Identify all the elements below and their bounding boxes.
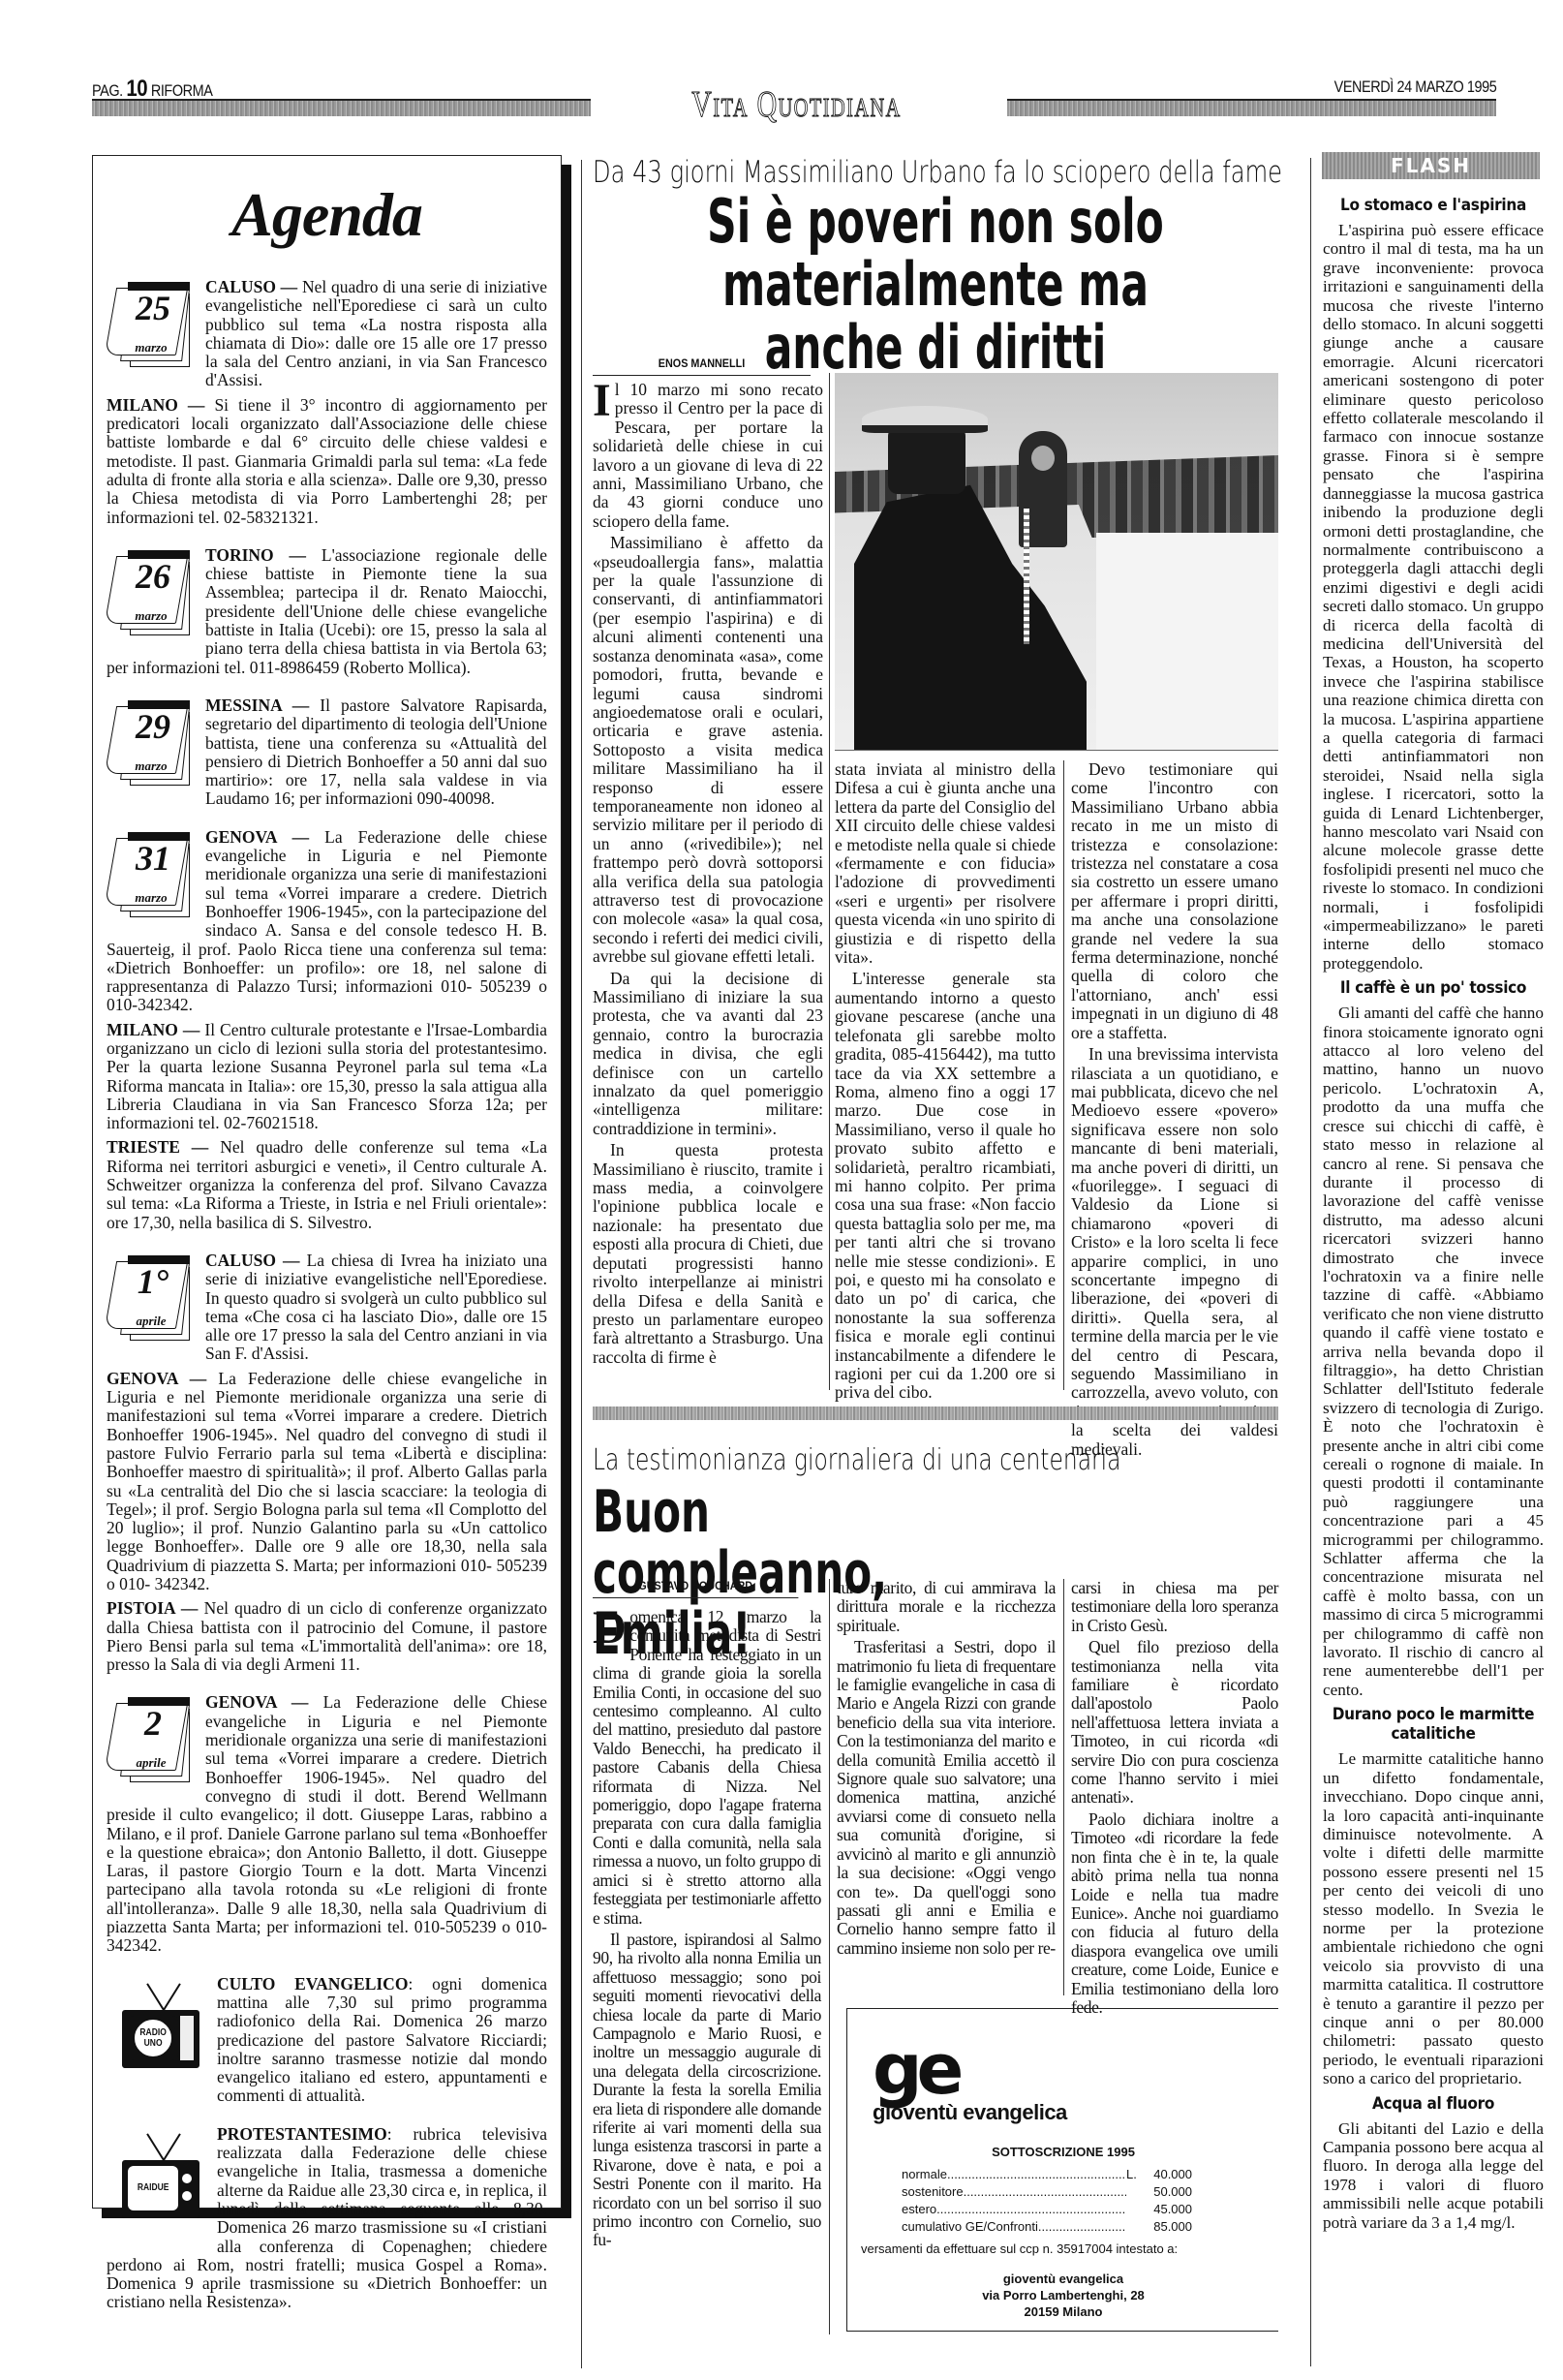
calendar-icon: 25marzo <box>107 282 192 371</box>
column-divider <box>829 373 830 1390</box>
section-title: Vita Quotidiana <box>653 83 939 126</box>
article-headline: Si è poveri non solomaterialmente ma anc… <box>675 190 1196 379</box>
calendar-icon: 1°aprile <box>107 1255 192 1345</box>
television-icon: RAIDUE <box>116 2129 203 2236</box>
entry-city: TRIESTE — <box>107 1137 208 1157</box>
flash-item-title: Durano poco le marmitte catalitiche <box>1323 1705 1544 1744</box>
agenda-entry: PISTOIA — Nel quadro di un ciclo di conf… <box>107 1599 547 1674</box>
entry-city: MILANO — <box>107 1020 199 1039</box>
masthead: PAG. 10 RIFORMA Vita Quotidiana VENERDÌ … <box>92 76 1496 124</box>
agenda-entry: 25marzo CALUSO — Nel quadro di una serie… <box>107 278 547 390</box>
agenda-entry: 2aprile GENOVA — La Federazione delle Ch… <box>107 1693 547 1955</box>
entry-text: Si tiene il 3° incontro di aggiornamento… <box>107 395 547 527</box>
advert-brand: gioventù evangelica <box>873 2100 1067 2125</box>
flash-item: Durano poco le marmitte catalitiche Le m… <box>1323 1705 1544 2087</box>
column-divider <box>581 160 582 2368</box>
price-row: cumulativo GE/Confronti85.000 <box>902 2218 1192 2236</box>
broadcast-entry: RADIOUNO CULTO EVANGELICO: ogni domenica… <box>107 1975 547 2106</box>
entry-city: CALUSO — <box>205 1251 300 1270</box>
article-column-1: Il 10 marzo mi sono recato presso il Cen… <box>593 381 823 1340</box>
column-divider <box>1063 760 1064 1390</box>
entry-city: MILANO — <box>107 395 204 415</box>
entry-text: La Federazione delle chiese evangeliche … <box>107 1369 547 1593</box>
masthead-rule-left <box>92 99 591 116</box>
article-photo <box>835 373 1278 751</box>
entry-city: GENOVA — <box>107 1369 206 1388</box>
subscription-advert: ge gioventù evangelica SOTTOSCRIZIONE 19… <box>846 2008 1278 2332</box>
agenda-box: Agenda 25marzo CALUSO — Nel quadro di un… <box>92 155 562 2209</box>
issue-date: VENERDÌ 24 MARZO 1995 <box>1333 77 1496 97</box>
drop-cap: I <box>593 383 611 419</box>
agenda-entry: GENOVA — La Federazione delle chiese eva… <box>107 1370 547 1594</box>
calendar-icon: 29marzo <box>107 700 192 789</box>
flash-item-title: Il caffè è un po' tossico <box>1323 978 1544 998</box>
flash-item-title: Acqua al fluoro <box>1323 2094 1544 2114</box>
article-column-3: Devo testimoniare qui come l'incontro co… <box>1071 760 1278 1462</box>
agenda-entry: MILANO — Il Centro culturale protestante… <box>107 1021 547 1133</box>
column-divider <box>829 1579 830 2334</box>
agenda-entry: 31marzo GENOVA — La Federazione delle ch… <box>107 828 547 1015</box>
page-number: 10 <box>126 76 147 102</box>
publication-name: RIFORMA <box>151 81 213 100</box>
advert-address: gioventù evangelica via Porro Lamberteng… <box>847 2271 1279 2320</box>
broadcast-entry: RAIDUE PROTESTANTESIMO: rubrica televisi… <box>107 2125 547 2312</box>
broadcast-title: PROTESTANTESIMO <box>217 2124 387 2144</box>
entry-city: GENOVA — <box>205 1692 308 1712</box>
flash-item-text: Gli amanti del caffè che hanno finora st… <box>1323 1004 1544 1699</box>
entry-city: TORINO — <box>205 545 306 565</box>
flash-item-text: Gli abitanti del Lazio e della Campania … <box>1323 2119 1544 2232</box>
calendar-icon: 31marzo <box>107 832 192 921</box>
payment-note: versamenti da effettuare sul ccp n. 3591… <box>861 2241 1178 2256</box>
flash-item-text: L'aspirina può essere efficace contro il… <box>1323 221 1544 973</box>
agenda-entry: 29marzo MESSINA — Il pastore Salvatore R… <box>107 696 547 809</box>
flash-item: Lo stomaco e l'aspirina L'aspirina può e… <box>1323 196 1544 973</box>
article-kicker: La testimonianza giornaliera di una cent… <box>593 1443 1121 1477</box>
article-kicker: Da 43 giorni Massimiliano Urbano fa lo s… <box>593 155 1282 190</box>
masthead-rule-right <box>1007 99 1496 116</box>
agenda-entry: MILANO — Si tiene il 3° incontro di aggi… <box>107 396 547 527</box>
flash-tag: FLASH <box>1322 152 1540 179</box>
price-row: normaleL.40.000 <box>902 2166 1192 2183</box>
entry-city: GENOVA — <box>205 827 309 847</box>
entry-city: MESSINA — <box>205 695 309 715</box>
flash-item: Acqua al fluoro Gli abitanti del Lazio e… <box>1323 2094 1544 2232</box>
drop-cap: D <box>593 1610 626 1647</box>
section-separator <box>593 1406 1278 1420</box>
article-byline: ENOS MANNELLI <box>593 356 811 376</box>
entry-city: PISTOIA — <box>107 1598 198 1618</box>
radio-icon: RADIOUNO <box>116 1979 203 2086</box>
broadcast-title: CULTO EVANGELICO <box>217 1974 408 1994</box>
price-row: sostenitore50.000 <box>902 2183 1192 2201</box>
price-list: normaleL.40.000 sostenitore50.000 estero… <box>902 2166 1192 2236</box>
advert-heading: SOTTOSCRIZIONE 1995 <box>847 2145 1279 2159</box>
agenda-entry: 26marzo TORINO — L'associazione regional… <box>107 546 547 677</box>
article-column-3: carsi in chiesa ma per testimoniare dell… <box>1071 1579 1278 2020</box>
article-byline: GUSTAVO BOUCHARD <box>593 1579 798 1598</box>
agenda-title: Agenda <box>107 179 547 251</box>
agenda-entry: TRIESTE — Nel quadro delle conferenze su… <box>107 1138 547 1231</box>
column-divider <box>1063 1579 1064 1995</box>
calendar-icon: 2aprile <box>107 1697 192 1786</box>
article-column-2: stata inviata al ministro della Difesa a… <box>835 760 1056 1406</box>
price-row: estero45.000 <box>902 2201 1192 2218</box>
article-column-2: turo marito, di cui ammirava la dirittur… <box>837 1579 1056 1961</box>
flash-item-title: Lo stomaco e l'aspirina <box>1323 196 1544 215</box>
broadcast-text: : ogni domenica mattina alle 7,30 sul pr… <box>217 1974 547 2106</box>
ge-logo-icon: ge <box>873 2040 958 2098</box>
calendar-icon: 26marzo <box>107 550 192 639</box>
agenda-entry: 1°aprile CALUSO — La chiesa di Ivrea ha … <box>107 1252 547 1364</box>
column-divider <box>1310 158 1311 2366</box>
entry-city: CALUSO — <box>205 277 297 296</box>
flash-column: Lo stomaco e l'aspirina L'aspirina può e… <box>1323 190 1544 2236</box>
flash-item: Il caffè è un po' tossico Gli amanti del… <box>1323 978 1544 1699</box>
page-prefix: PAG. <box>92 81 123 100</box>
article-column-1: Domenica 12 marzo la comunità metodista … <box>593 1608 821 2253</box>
flash-item-text: Le marmitte catalitiche hanno un difetto… <box>1323 1749 1544 2087</box>
